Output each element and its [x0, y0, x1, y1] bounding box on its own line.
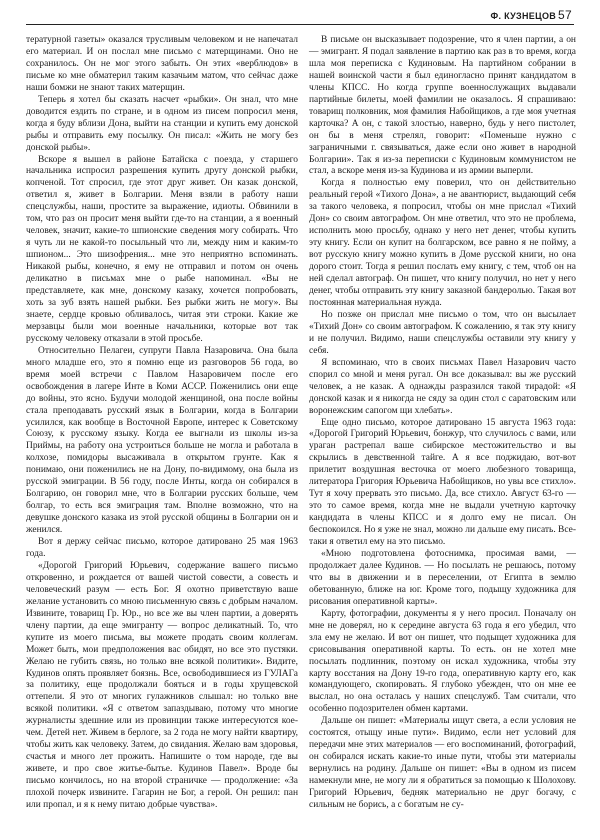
paragraph: Я вспоминаю, что в своих письмах Павел Н… — [309, 358, 576, 418]
paragraph: «Дорогой Григорий Юрьевич, содержание ва… — [26, 561, 298, 812]
page-number: 57 — [558, 8, 572, 22]
paragraph: тературной газеты» оказался трусливым че… — [26, 35, 298, 95]
author-name: Ф. КУЗНЕЦОВ — [491, 11, 557, 21]
paragraph: Относительно Пелагеи, супруги Павла Наза… — [26, 346, 298, 537]
paragraph: Дальше он пишет: «Материалы ищут света, … — [309, 716, 576, 812]
paragraph: Вскоре я вышел в районе Батайска с поезд… — [26, 155, 298, 346]
left-column: тературной газеты» оказался трусливым че… — [26, 35, 298, 812]
paragraph: Но позже он прислал мне письмо о том, чт… — [309, 310, 576, 358]
running-head: Ф. КУЗНЕЦОВ57 — [491, 8, 572, 22]
paragraph: Карту, фотографии, документы я у него пр… — [309, 609, 576, 717]
paragraph: Вот я держу сейчас письмо, которое датир… — [26, 537, 298, 561]
paragraph: Когда я полностью ему поверил, что он де… — [309, 178, 576, 309]
paragraph: Еще одно письмо, которое датировано 15 а… — [309, 418, 576, 549]
paragraph: В письме он высказывает подозрение, что … — [309, 35, 576, 178]
right-column: В письме он высказывает подозрение, что … — [309, 35, 576, 812]
paragraph: Теперь я хотел бы сказать насчет «рыбки»… — [26, 95, 298, 155]
paragraph: «Мною подготовлена фотоснимка, просимая … — [309, 549, 576, 609]
page-header: Ф. КУЗНЕЦОВ57 — [26, 8, 574, 25]
